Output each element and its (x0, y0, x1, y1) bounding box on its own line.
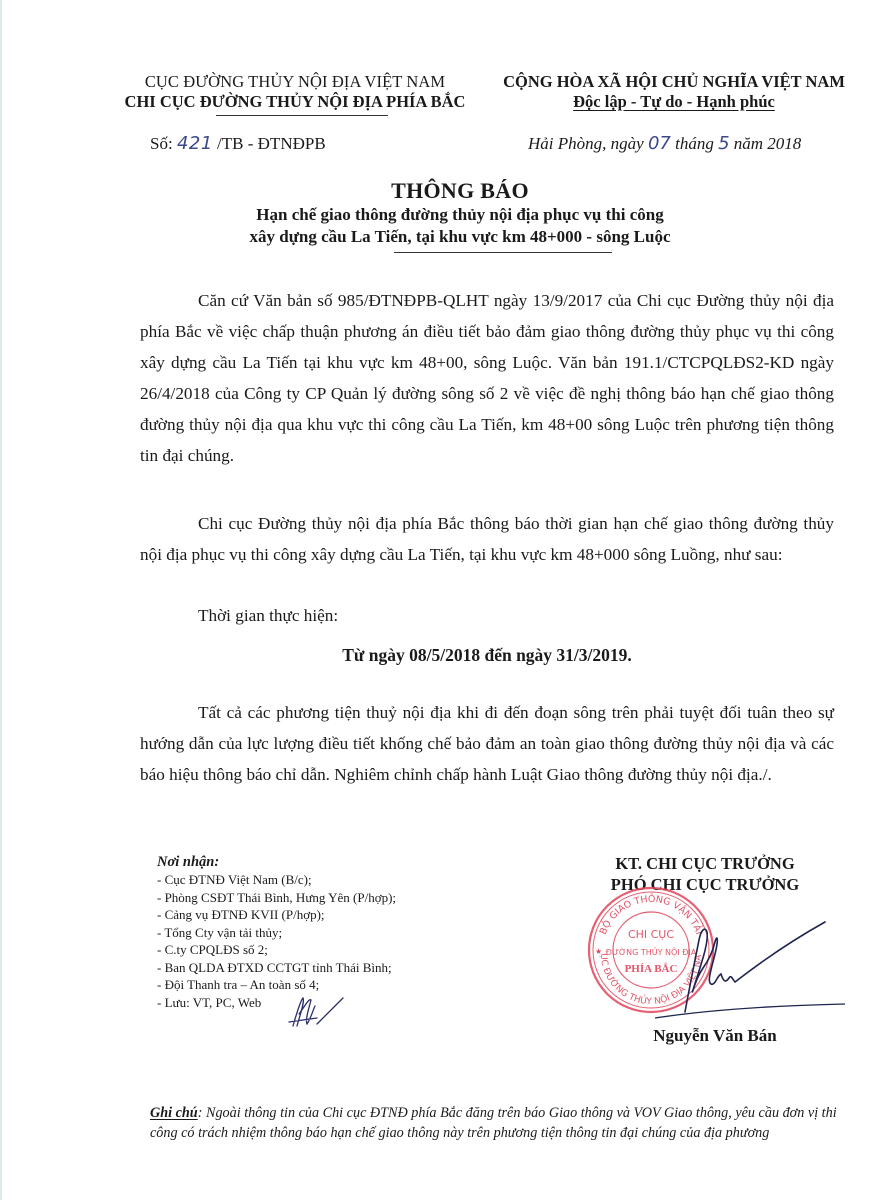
notice-title-block: THÔNG BÁO Hạn chế giao thông đường thủy … (150, 178, 770, 253)
notice-subtitle-line1: Hạn chế giao thông đường thủy nội địa ph… (150, 204, 770, 226)
recipient-item: - Lưu: VT, PC, Web (157, 994, 396, 1012)
footnote: Ghi chú: Ngoài thông tin của Chi cục ĐTN… (150, 1103, 850, 1143)
footnote-text: : Ngoài thông tin của Chi cục ĐTNĐ phía … (150, 1105, 837, 1141)
recipients-list: Nơi nhận: - Cục ĐTNĐ Việt Nam (B/c); - P… (157, 853, 396, 1011)
recipient-item: - C.ty CPQLĐS số 2; (157, 941, 396, 959)
title-underline (394, 252, 612, 253)
document-number-handwritten: 421 (177, 133, 213, 154)
body-paragraph-announcement: Chi cục Đường thủy nội địa phía Bắc thôn… (140, 508, 834, 570)
svg-text:★: ★ (595, 947, 602, 956)
footnote-label: Ghi chú (150, 1105, 198, 1121)
signatory-name: Nguyễn Văn Bán (590, 1026, 840, 1046)
national-motto: Độc lập - Tự do - Hạnh phúc (488, 92, 860, 112)
body-paragraph-legal-basis: Căn cứ Văn bản số 985/ĐTNĐPB-QLHT ngày 1… (140, 285, 834, 471)
date-mid: tháng (671, 134, 718, 153)
recipients-heading: Nơi nhận: (157, 853, 396, 871)
date-suffix: năm 2018 (730, 134, 802, 153)
document-number-prefix: Số: (150, 134, 177, 153)
issuing-agency: CHI CỤC ĐƯỜNG THỦY NỘI ĐỊA PHÍA BẮC (100, 92, 490, 112)
parent-agency: CỤC ĐƯỜNG THỦY NỘI ĐỊA VIỆT NAM (100, 72, 490, 92)
time-range: Từ ngày 08/5/2018 đến ngày 31/3/2019. (140, 645, 834, 666)
document-number: Số: 421 /TB - ĐTNĐPB (150, 133, 326, 154)
document-date: Hải Phòng, ngày 07 tháng 5 năm 2018 (528, 133, 801, 154)
national-header-block: CỘNG HÒA XÃ HỘI CHỦ NGHĨA VIỆT NAM Độc l… (488, 72, 860, 112)
recipient-item: - Cục ĐTNĐ Việt Nam (B/c); (157, 871, 396, 889)
notice-subtitle-line2: xây dựng cầu La Tiến, tại khu vực km 48+… (150, 226, 770, 248)
agency-underline (216, 115, 388, 116)
date-day: 07 (648, 133, 671, 154)
body-paragraph-instructions: Tất cả các phương tiện thuỷ nội địa khi … (140, 697, 834, 790)
issuing-agency-block: CỤC ĐƯỜNG THỦY NỘI ĐỊA VIỆT NAM CHI CỤC … (100, 72, 490, 116)
recipient-item: - Tổng Cty vận tải thủy; (157, 924, 396, 942)
recipient-item: - Ban QLDA ĐTXD CCTGT tỉnh Thái Bình; (157, 959, 396, 977)
recipient-item: - Phòng CSĐT Thái Bình, Hưng Yên (P/hợp)… (157, 889, 396, 907)
handwritten-signature-icon (655, 920, 845, 1025)
time-label: Thời gian thực hiện: (140, 600, 834, 631)
date-month: 5 (718, 133, 729, 154)
page-edge (0, 0, 2, 1200)
date-prefix: Hải Phòng, ngày (528, 134, 648, 153)
country-name: CỘNG HÒA XÃ HỘI CHỦ NGHĨA VIỆT NAM (488, 72, 860, 92)
notice-heading: THÔNG BÁO (150, 178, 770, 204)
document-number-suffix: /TB - ĐTNĐPB (213, 134, 326, 153)
recipient-item: - Cảng vụ ĐTNĐ KVII (P/hợp); (157, 906, 396, 924)
initials-signature-icon (287, 992, 347, 1037)
signatory-title-line1: KT. CHI CỤC TRƯỞNG (580, 853, 830, 874)
recipient-item: - Đội Thanh tra – An toàn số 4; (157, 976, 396, 994)
